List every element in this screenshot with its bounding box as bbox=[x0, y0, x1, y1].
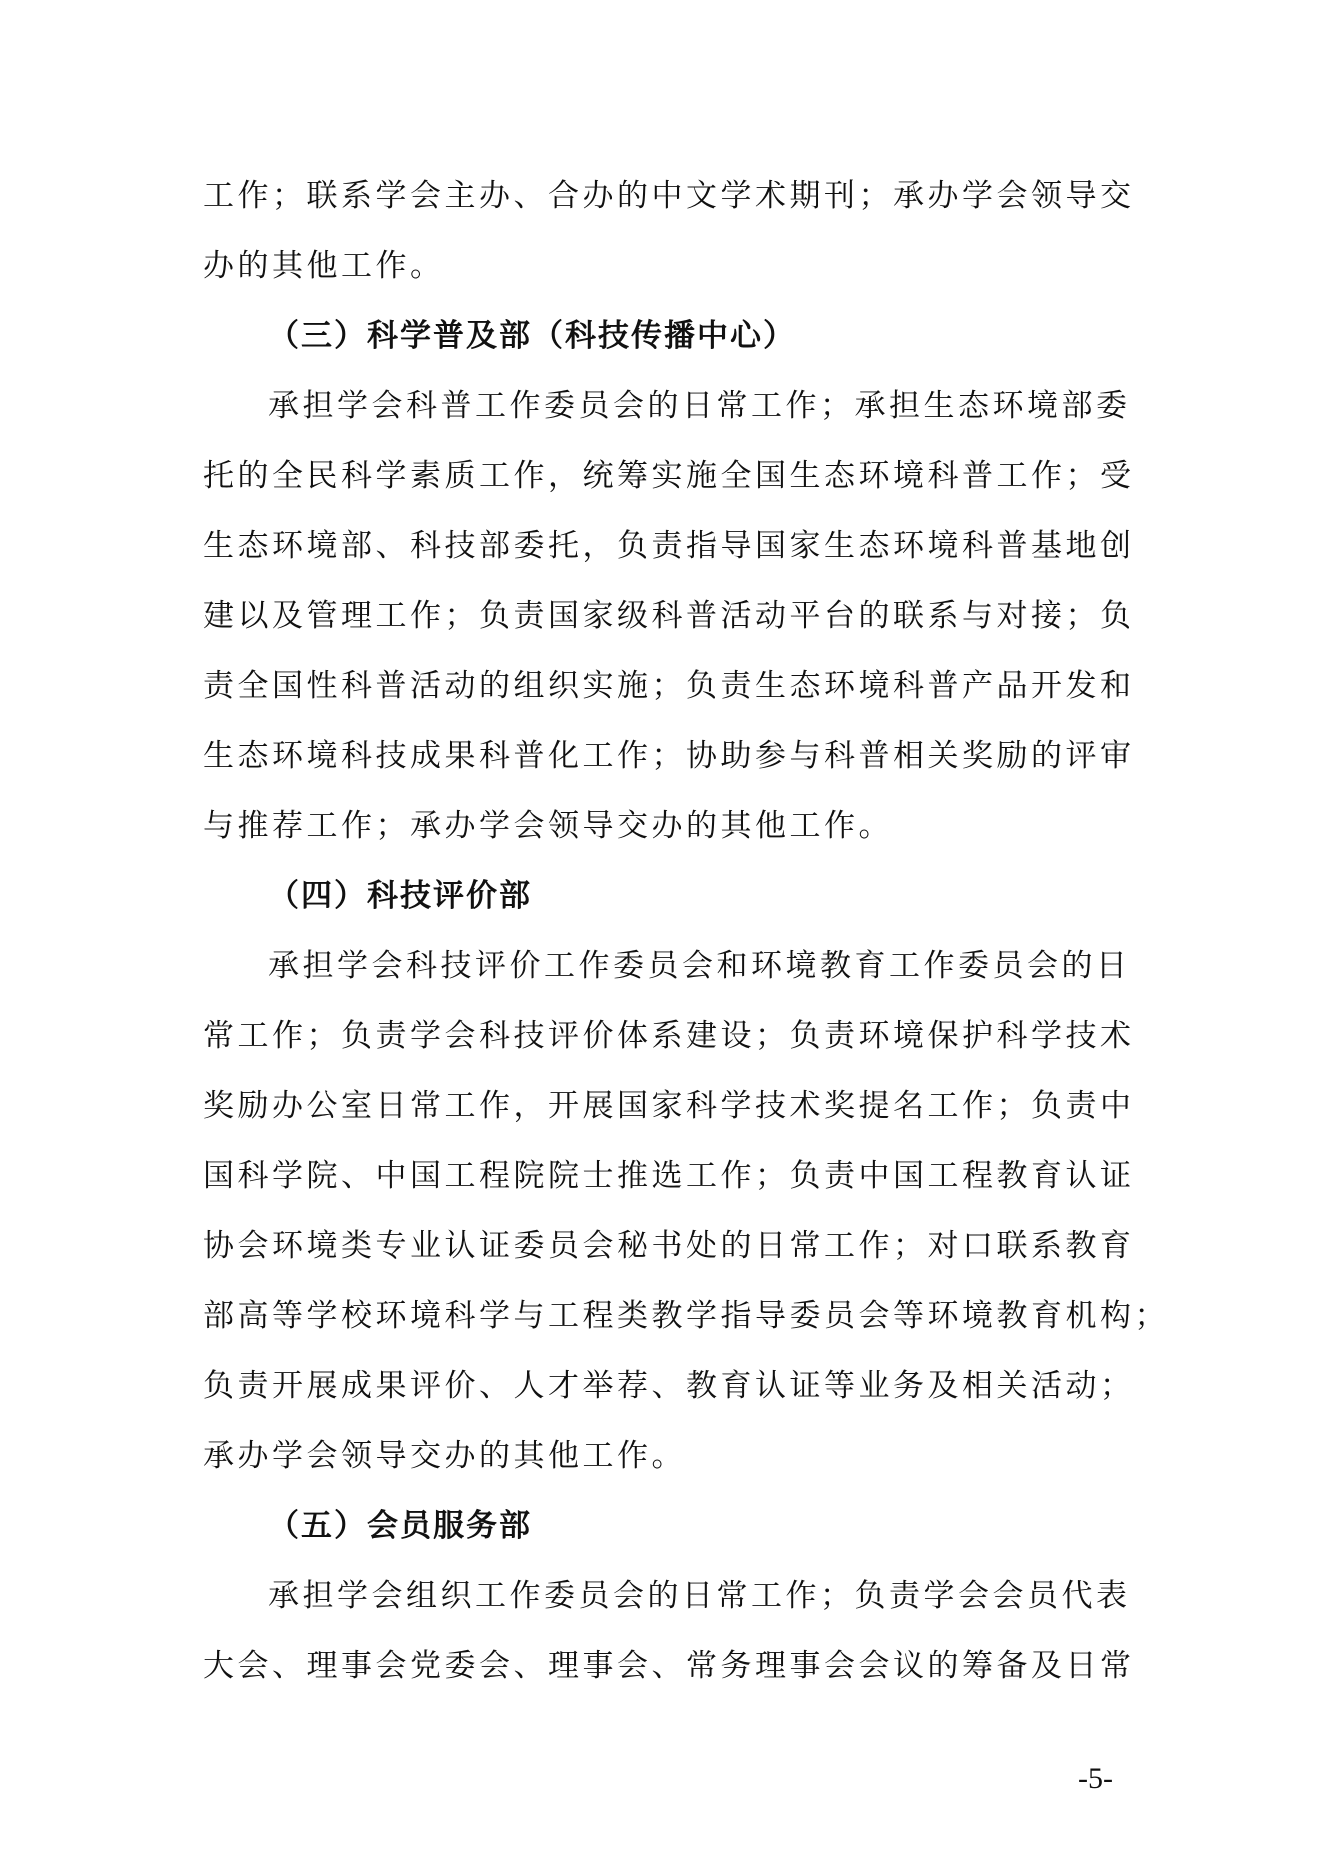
body-line: 承办学会领导交办的其他工作。 bbox=[203, 1436, 1133, 1476]
body-line: 负责开展成果评价、人才举荐、教育认证等业务及相关活动； bbox=[203, 1366, 1133, 1406]
body-line: 生态环境部、科技部委托，负责指导国家生态环境科普基地创 bbox=[203, 526, 1133, 566]
section-heading-tech-evaluation: （四）科技评价部 bbox=[268, 876, 1198, 916]
body-line: 办的其他工作。 bbox=[203, 246, 1133, 286]
body-line: 奖励办公室日常工作，开展国家科学技术奖提名工作；负责中 bbox=[203, 1086, 1133, 1126]
page-number: -5- bbox=[1078, 1762, 1113, 1796]
body-line: 部高等学校环境科学与工程类教学指导委员会等环境教育机构； bbox=[203, 1296, 1133, 1336]
body-line: 与推荐工作；承办学会领导交办的其他工作。 bbox=[203, 806, 1133, 846]
paragraph-first-line: 承担学会组织工作委员会的日常工作；负责学会会员代表 bbox=[268, 1576, 1198, 1616]
body-line: 协会环境类专业认证委员会秘书处的日常工作；对口联系教育 bbox=[203, 1226, 1133, 1266]
paragraph-first-line: 承担学会科普工作委员会的日常工作；承担生态环境部委 bbox=[268, 386, 1198, 426]
section-heading-member-services: （五）会员服务部 bbox=[268, 1506, 1198, 1546]
section-heading-science-popularization: （三）科学普及部（科技传播中心） bbox=[268, 316, 1198, 356]
body-line: 国科学院、中国工程院院士推选工作；负责中国工程教育认证 bbox=[203, 1156, 1133, 1196]
body-line: 大会、理事会党委会、理事会、常务理事会会议的筹备及日常 bbox=[203, 1646, 1133, 1686]
body-line: 生态环境科技成果科普化工作；协助参与科普相关奖励的评审 bbox=[203, 736, 1133, 776]
body-line: 常工作；负责学会科技评价体系建设；负责环境保护科学技术 bbox=[203, 1016, 1133, 1056]
body-line: 责全国性科普活动的组织实施；负责生态环境科普产品开发和 bbox=[203, 666, 1133, 706]
body-line: 建以及管理工作；负责国家级科普活动平台的联系与对接；负 bbox=[203, 596, 1133, 636]
body-line: 工作；联系学会主办、合办的中文学术期刊；承办学会领导交 bbox=[203, 176, 1133, 216]
body-line: 托的全民科学素质工作，统筹实施全国生态环境科普工作；受 bbox=[203, 456, 1133, 496]
paragraph-first-line: 承担学会科技评价工作委员会和环境教育工作委员会的日 bbox=[268, 946, 1198, 986]
document-page: 工作；联系学会主办、合办的中文学术期刊；承办学会领导交 办的其他工作。 （三）科… bbox=[0, 0, 1323, 1871]
